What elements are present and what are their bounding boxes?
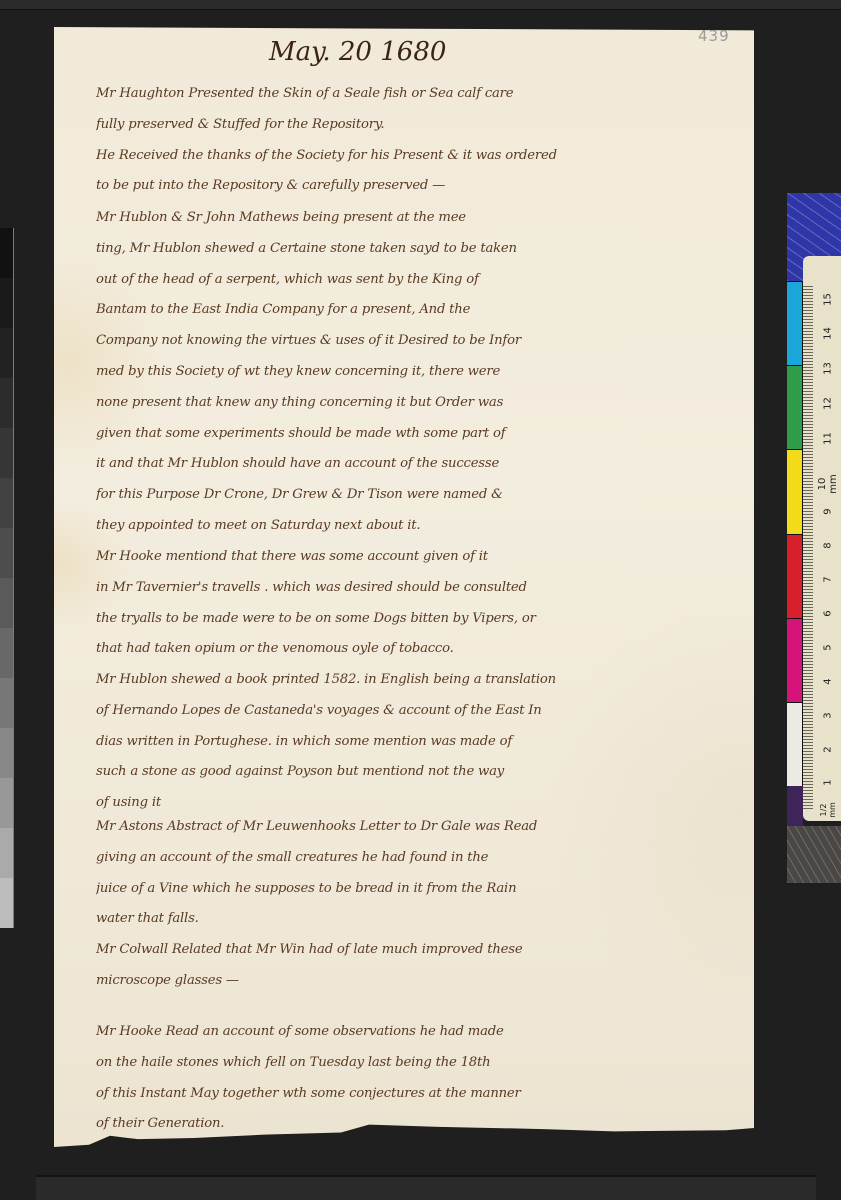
text-line: Mr Hooke mentiond that there was some ac… — [96, 542, 736, 573]
text-line: it and that Mr Hublon should have an acc… — [96, 449, 736, 480]
swatch-purple — [787, 786, 803, 826]
ruler-label: 3 — [823, 703, 834, 729]
text-line: Bantam to the East India Company for a p… — [96, 295, 736, 326]
swatch-cyan — [787, 281, 802, 365]
gray-patch — [0, 728, 13, 778]
paragraph-hublon-book: Mr Hublon shewed a book printed 1582. in… — [96, 665, 736, 819]
text-line: Mr Hooke Read an account of some observa… — [96, 1017, 736, 1048]
text-line: Mr Hublon shewed a book printed 1582. in… — [96, 665, 736, 696]
ruler-label: 14 — [823, 321, 834, 347]
gray-patch — [0, 878, 13, 928]
text-line: Mr Haughton Presented the Skin of a Seal… — [96, 79, 736, 110]
ruler-label: 5 — [823, 635, 834, 661]
ruler-label: 8 — [823, 533, 834, 559]
gray-patch — [0, 228, 13, 278]
text-line: juice of a Vine which he supposes to be … — [96, 874, 736, 905]
ruler-label: 9 — [823, 499, 834, 525]
swatch-red — [787, 534, 802, 618]
text-line: the tryalls to be made were to be on som… — [96, 604, 736, 635]
text-line: Mr Astons Abstract of Mr Leuwenhooks Let… — [96, 812, 736, 843]
text-line: to be put into the Repository & carefull… — [96, 171, 736, 202]
ruler-ticks — [803, 286, 813, 811]
text-line: given that some experiments should be ma… — [96, 419, 736, 450]
gray-patch — [0, 378, 13, 428]
text-line: none present that knew any thing concern… — [96, 388, 736, 419]
frame-top-edge — [0, 0, 841, 10]
colour-calibration-strip: 15 14 13 12 11 10 mm 9 8 7 6 5 4 3 2 1 1… — [787, 193, 841, 883]
swatch-green — [787, 365, 802, 449]
text-line: water that falls. — [96, 904, 736, 935]
gray-patch — [0, 278, 13, 328]
text-line: giving an account of the small creatures… — [96, 843, 736, 874]
text-line: microscope glasses — — [96, 966, 736, 997]
swatch-magenta — [787, 618, 802, 702]
text-line: such a stone as good against Poyson but … — [96, 757, 736, 788]
text-line: out of the head of a serpent, which was … — [96, 265, 736, 296]
text-line: that had taken opium or the venomous oyl… — [96, 634, 736, 665]
gray-patch — [0, 328, 13, 378]
ruler-label: 7 — [823, 567, 834, 593]
gray-patch — [0, 628, 13, 678]
paragraph-hooke-tavernier: Mr Hooke mentiond that there was some ac… — [96, 542, 736, 665]
paragraph-colwall-microscope: Mr Colwall Related that Mr Win had of la… — [96, 935, 736, 997]
ruler-label: 10 mm — [817, 471, 839, 497]
ruler-label: 1 — [823, 770, 834, 796]
folio-number: 439 — [698, 27, 730, 45]
ruler-label: 6 — [823, 601, 834, 627]
paragraph-hooke-hailstones: Mr Hooke Read an account of some observa… — [96, 1017, 736, 1140]
paragraph-leech-instrument: the Instrument fitt for setting & using … — [96, 1140, 736, 1171]
gray-patch — [0, 828, 13, 878]
colour-swatches — [787, 281, 803, 786]
text-line: on the haile stones which fell on Tuesda… — [96, 1048, 736, 1079]
ruler-label: 12 — [823, 391, 834, 417]
paragraph-serpent-stone: Mr Hublon & Sr John Mathews being presen… — [96, 203, 736, 542]
text-line: fully preserved & Stuffed for the Reposi… — [96, 110, 736, 141]
ruler-label: 1/2 mm — [819, 797, 837, 823]
ruler-label: 11 — [823, 426, 834, 452]
text-line: of their Generation. — [96, 1109, 736, 1140]
gray-patch — [0, 478, 13, 528]
text-line: of this Instant May together wth some co… — [96, 1079, 736, 1110]
gray-patch — [0, 778, 13, 828]
text-line: of Hernando Lopes de Castaneda's voyages… — [96, 696, 736, 727]
paragraph-leeuwenhoek-letter: Mr Astons Abstract of Mr Leuwenhooks Let… — [96, 812, 736, 935]
date-heading: May. 20 1680 — [269, 37, 446, 67]
measurement-ruler: 15 14 13 12 11 10 mm 9 8 7 6 5 4 3 2 1 1… — [803, 256, 841, 821]
ruler-label: 15 — [823, 287, 834, 313]
swatch-white — [787, 702, 802, 786]
gray-patch — [0, 528, 13, 578]
ruler-label: 13 — [823, 356, 834, 382]
ruler-label: 4 — [823, 669, 834, 695]
text-line: in Mr Tavernier's travells . which was d… — [96, 573, 736, 604]
text-line: Mr Hublon & Sr John Mathews being presen… — [96, 203, 736, 234]
text-line: Mr Colwall Related that Mr Win had of la… — [96, 935, 736, 966]
gray-patch — [0, 678, 13, 728]
mount-board — [36, 1175, 816, 1200]
grayscale-calibration-strip — [0, 228, 14, 928]
paragraph-haughton-skin: Mr Haughton Presented the Skin of a Seal… — [96, 79, 736, 202]
text-line: dias written in Portughese. in which som… — [96, 727, 736, 758]
text-line: He Received the thanks of the Society fo… — [96, 141, 736, 172]
text-line: med by this Society of wt they knew conc… — [96, 357, 736, 388]
text-line: for this Purpose Dr Crone, Dr Grew & Dr … — [96, 480, 736, 511]
manuscript-page: 439 May. 20 1680 Mr Haughton Presented t… — [54, 27, 754, 1147]
gray-patch — [0, 578, 13, 628]
text-line: they appointed to meet on Saturday next … — [96, 511, 736, 542]
ruler-label: 2 — [823, 737, 834, 763]
text-line: ting, Mr Hublon shewed a Certaine stone … — [96, 234, 736, 265]
gray-patch — [0, 428, 13, 478]
calibration-footer-patch — [787, 826, 841, 883]
swatch-yellow — [787, 449, 802, 533]
text-line: the Instrument fitt for setting & using … — [96, 1140, 736, 1171]
text-line: Company not knowing the virtues & uses o… — [96, 326, 736, 357]
